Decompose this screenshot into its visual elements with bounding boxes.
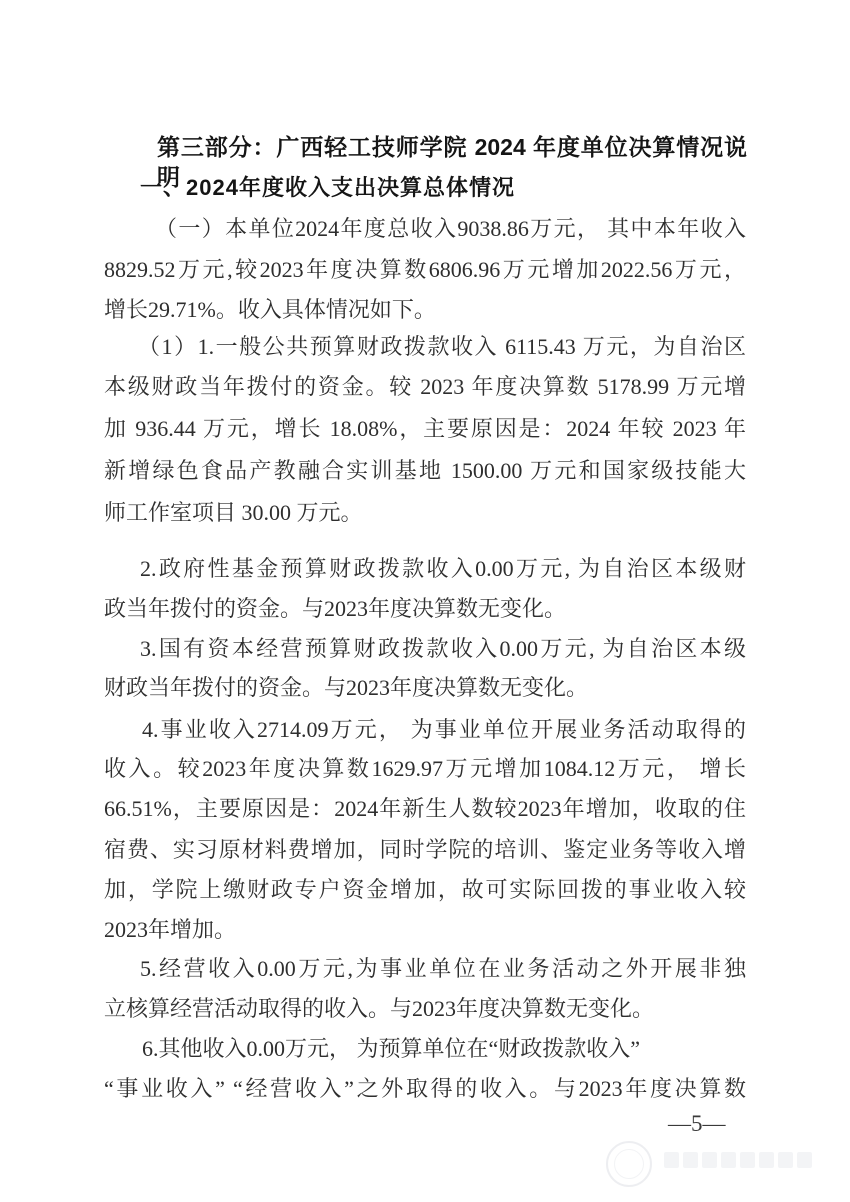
- watermark-seal-icon: [606, 1141, 652, 1187]
- page-number: —5—: [668, 1110, 726, 1138]
- text-line: （1）1.一般公共预算财政拨款收入 6115.43 万元，为自治区: [104, 333, 746, 361]
- text-line: 6.其他收入0.00万元， 为预算单位在“财政拨款收入”: [104, 1035, 746, 1063]
- watermark-text-block: [740, 1152, 755, 1168]
- text-line: 财政当年拨付的资金。与2023年度决算数无变化。: [104, 674, 746, 702]
- watermark-text-block: [797, 1152, 812, 1168]
- text-line: 增长29.71%。收入具体情况如下。: [104, 296, 746, 324]
- text-line: 66.51%，主要原因是：2024年新生人数较2023年增加，收取的住: [104, 795, 746, 823]
- text-line: 新增绿色食品产教融合实训基地 1500.00 万元和国家级技能大: [104, 457, 746, 485]
- text-line: 政当年拨付的资金。与2023年度决算数无变化。: [104, 595, 746, 623]
- watermark-text-block: [702, 1152, 717, 1168]
- text-line: 师工作室项目 30.00 万元。: [104, 499, 746, 527]
- text-line: 2023年增加。: [104, 916, 746, 944]
- watermark-text-block: [664, 1152, 679, 1168]
- text-line: 立核算经营活动取得的收入。与2023年度决算数无变化。: [104, 995, 746, 1023]
- text-line: 2.政府性基金预算财政拨款收入0.00万元, 为自治区本级财: [104, 555, 746, 583]
- document-page: 第三部分：广西轻工技师学院 2024 年度单位决算情况说明 一、2024年度收入…: [0, 0, 850, 1202]
- text-line: 4.事业收入2714.09万元， 为事业单位开展业务活动取得的: [104, 716, 746, 744]
- subsection-heading: 一、2024年度收入支出决算总体情况: [140, 173, 515, 203]
- text-line: 8829.52万元,较2023年度决算数6806.96万元增加2022.56万元…: [104, 256, 746, 284]
- watermark-text: [664, 1152, 812, 1168]
- watermark-text-block: [778, 1152, 793, 1168]
- text-line: 5.经营收入0.00万元,为事业单位在业务活动之外开展非独: [104, 955, 746, 983]
- text-line: 加 936.44 万元，增长 18.08%，主要原因是：2024 年较 2023…: [104, 415, 746, 443]
- text-line: 宿费、实习原材料费增加，同时学院的培训、鉴定业务等收入增: [104, 836, 746, 864]
- text-line: 3.国有资本经营预算财政拨款收入0.00万元, 为自治区本级: [104, 635, 746, 663]
- text-line: “事业收入” “经营收入”之外取得的收入。与2023年度决算数: [104, 1075, 746, 1103]
- watermark-text-block: [683, 1152, 698, 1168]
- watermark-text-block: [721, 1152, 736, 1168]
- text-line: 本级财政当年拨付的资金。较 2023 年度决算数 5178.99 万元增: [104, 373, 746, 401]
- text-line: 加，学院上缴财政专户资金增加，故可实际回拨的事业收入较: [104, 876, 746, 904]
- text-line: 收入。较2023年度决算数1629.97万元增加1084.12万元， 增长: [104, 755, 746, 783]
- text-line: （一）本单位2024年度总收入9038.86万元， 其中本年收入: [104, 215, 746, 243]
- watermark-text-block: [759, 1152, 774, 1168]
